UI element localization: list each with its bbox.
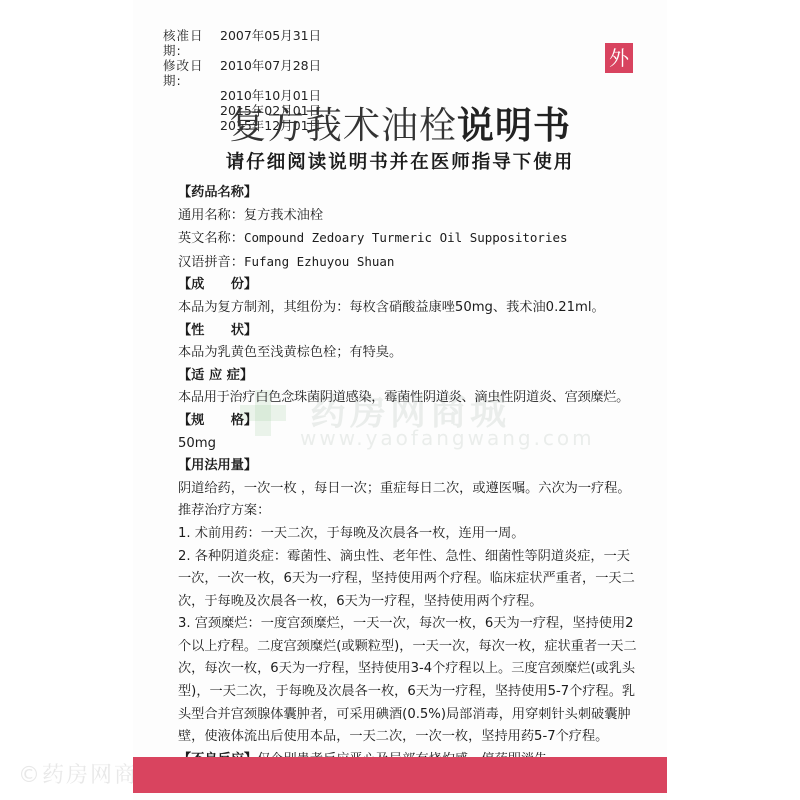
document-body: 【药品名称】 通用名称：复方莪术油栓 英文名称：Compound Zedoary… <box>178 182 638 794</box>
indications-text: 本品用于治疗白色念珠菌阴道感染，霉菌性阴道炎、滴虫性阴道炎、宫颈糜烂。 <box>178 387 638 410</box>
plan-item: 1. 术前用药：一天二次，于每晚及次晨各一枚，连用一周。 <box>178 523 638 546</box>
english-name-row: 英文名称：Compound Zedoary Turmeric Oil Suppo… <box>178 227 638 251</box>
section-heading-specification: 【规 格】 <box>178 410 638 433</box>
plan-item: 2. 各种阴道炎症：霉菌性、滴虫性、老年性、急性、细菌性等阴道炎症，一天一次，一… <box>178 546 638 614</box>
approval-label: 核准日期: <box>163 28 220 58</box>
document-subtitle: 请仔细阅读说明书并在医师指导下使用 <box>0 148 800 174</box>
footer-red-bar <box>133 757 667 793</box>
pinyin-row: 汉语拼音：Fufang Ezhuyou Shuan <box>178 251 638 275</box>
title-suffix: 说明书 <box>457 104 571 147</box>
description-text: 本品为乳黄色至浅黄棕色栓；有特臭。 <box>178 342 638 365</box>
revision-date: 2010年10月01日 <box>220 88 321 103</box>
pinyin-label: 汉语拼音： <box>178 255 244 270</box>
section-heading-composition: 【成 份】 <box>178 274 638 297</box>
section-heading-dosage: 【用法用量】 <box>178 455 638 478</box>
composition-text: 本品为复方制剂，其组份为：每枚含硝酸益康唑50mg、莪术油0.21ml。 <box>178 297 638 320</box>
approval-date: 2007年05月31日 <box>220 28 321 58</box>
revision-label: 修改日期: <box>163 58 220 88</box>
section-heading-description: 【性 状】 <box>178 320 638 343</box>
external-use-badge: 外 <box>605 43 633 73</box>
pinyin-name: Fufang Ezhuyou Shuan <box>244 254 395 269</box>
product-name: 复方莪术油栓 <box>229 104 457 147</box>
english-name: Compound Zedoary Turmeric Oil Suppositor… <box>244 230 568 245</box>
revision-date: 2010年07月28日 <box>220 58 321 88</box>
plan-label: 推荐治疗方案： <box>178 500 638 523</box>
english-name-label: 英文名称： <box>178 231 244 246</box>
specification-text: 50mg <box>178 433 638 456</box>
dosage-text: 阴道给药，一次一枚 ，每日一次；重症每日二次，或遵医嘱。六次为一疗程。 <box>178 478 638 501</box>
plan-item: 3. 宫颈糜烂：一度宫颈糜烂，一天一次，每次一枚，6天为一疗程，坚持使用2个以上… <box>178 613 638 749</box>
section-heading-name: 【药品名称】 <box>178 182 638 205</box>
section-heading-indications: 【适 应 症】 <box>178 365 638 388</box>
generic-name: 通用名称：复方莪术油栓 <box>178 205 638 228</box>
document-title: 复方莪术油栓说明书 <box>0 104 800 148</box>
